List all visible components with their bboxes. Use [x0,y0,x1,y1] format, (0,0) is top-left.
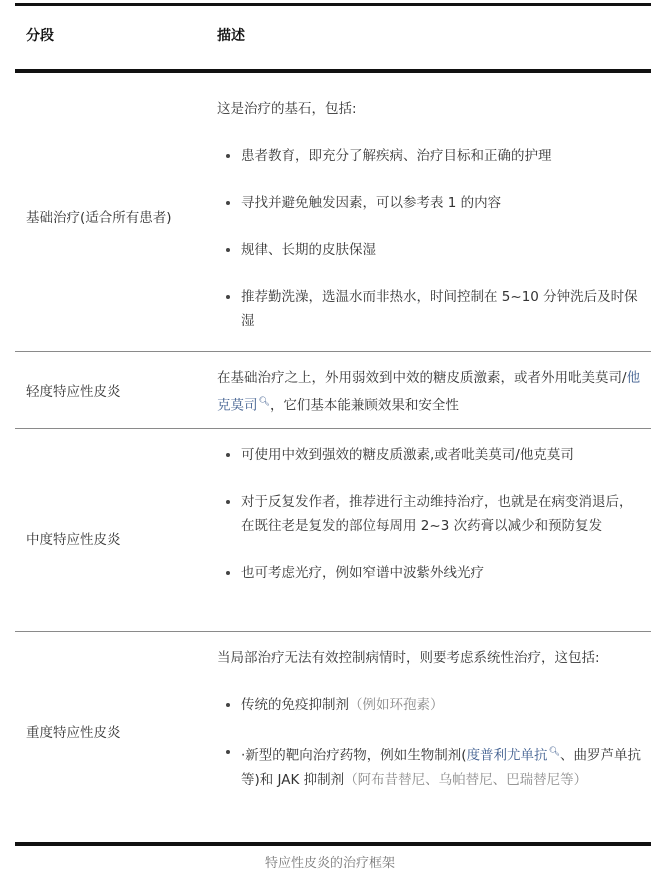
table-bottom-rule [15,842,651,846]
row-label: 轻度特应性皮炎 [26,380,121,400]
example-text: （阿布昔替尼、乌帕替尼、巴瑞替尼等） [344,772,587,788]
list-item: 传统的免疫抑制剂（例如环孢素） [217,693,643,717]
table-row-moderate: 中度特应性皮炎 可使用中效到强效的糖皮质激素,或者吡美莫司/他克莫司 对于反复发… [15,429,651,631]
row-label: 基础治疗(适合所有患者) [26,206,172,226]
list-item: ·新型的靶向治疗药物，例如生物制剂(度普利尤单抗🔍︎、曲罗芦单抗等)和 JAK … [217,740,643,792]
table-header: 分段 描述 [15,6,651,69]
search-icon[interactable]: 🔍︎ [259,397,270,407]
text-segment: 传统的免疫抑制剂 [241,697,349,713]
list-item: 可使用中效到强效的糖皮质激素,或者吡美莫司/他克莫司 [217,443,643,467]
text-segment: ，它们基本能兼顾效果和安全性 [270,398,459,414]
row-description: 当局部治疗无法有效控制病情时，则要考虑系统性治疗，这包括: 传统的免疫抑制剂（例… [217,646,643,792]
header-segment: 分段 [26,25,54,45]
description-text: 在基础治疗之上，外用弱效到中效的糖皮质激素，或者外用吡美莫司/他克莫司🔍︎，它们… [217,366,643,418]
list-item: 对于反复发作者，推荐进行主动维持治疗，也就是在病变消退后，在既往老是复发的部位每… [217,490,643,538]
header-description: 描述 [217,25,245,45]
text-segment: 在基础治疗之上，外用弱效到中效的糖皮质激素，或者外用吡美莫司/ [217,370,627,386]
list-item: 寻找并避免触发因素，可以参考表 1 的内容 [217,191,643,215]
table-row-mild: 轻度特应性皮炎 在基础治疗之上，外用弱效到中效的糖皮质激素，或者外用吡美莫司/他… [15,352,651,428]
row-label: 中度特应性皮炎 [26,528,121,548]
table-caption: 特应性皮炎的治疗框架 [0,852,660,871]
dupilumab-link[interactable]: 度普利尤单抗 [467,748,548,764]
list-item: 患者教育，即充分了解疾病、治疗目标和正确的护理 [217,144,643,168]
row-description: 可使用中效到强效的糖皮质激素,或者吡美莫司/他克莫司 对于反复发作者，推荐进行主… [217,443,643,585]
list-item: 也可考虑光疗，例如窄谱中波紫外线光疗 [217,561,643,585]
table-row-basic: 基础治疗(适合所有患者) 这是治疗的基石，包括: 患者教育，即充分了解疾病、治疗… [15,73,651,351]
text-segment: ·新型的靶向治疗药物，例如生物制剂( [241,748,467,764]
list-item: 推荐勤洗澡，选温水而非热水，时间控制在 5~10 分钟洗后及时保湿 [217,285,643,333]
search-icon[interactable]: 🔍︎ [549,747,560,757]
table-row-severe: 重度特应性皮炎 当局部治疗无法有效控制病情时，则要考虑系统性治疗，这包括: 传统… [15,632,651,842]
row-description: 在基础治疗之上，外用弱效到中效的糖皮质激素，或者外用吡美莫司/他克莫司🔍︎，它们… [217,366,643,418]
intro-text: 当局部治疗无法有效控制病情时，则要考虑系统性治疗，这包括: [217,646,643,670]
intro-text: 这是治疗的基石，包括: [217,97,643,121]
row-label: 重度特应性皮炎 [26,721,121,741]
row-description: 这是治疗的基石，包括: 患者教育，即充分了解疾病、治疗目标和正确的护理 寻找并避… [217,97,643,333]
list-item: 规律、长期的皮肤保湿 [217,238,643,262]
example-text: （例如环孢素） [349,697,444,713]
